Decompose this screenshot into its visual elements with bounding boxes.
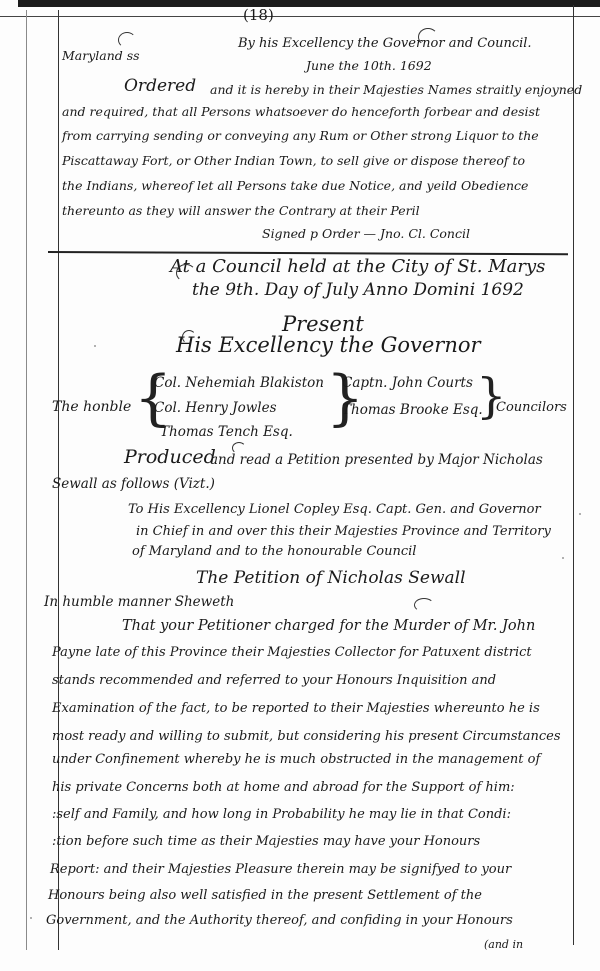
- section-divider: [48, 251, 568, 255]
- council-heading-line1: At a Council held at the City of St. Mar…: [170, 256, 545, 277]
- proclamation-line: Piscattaway Fort, or Other Indian Town, …: [62, 153, 525, 168]
- proclamation-date: June the 10th. 1692: [306, 58, 432, 73]
- council-member: Thomas Tench Esq.: [160, 424, 293, 440]
- top-ruled-line: [0, 16, 600, 17]
- ordered-word: Ordered: [124, 76, 196, 96]
- signature-line: Signed p Order — Jno. Cl. Concil: [262, 226, 470, 241]
- catchword: (and in: [484, 938, 523, 951]
- petition-body-line: That your Petitioner charged for the Mur…: [122, 618, 535, 634]
- manuscript-page: (18) Maryland ss By his Excellency the G…: [0, 0, 600, 971]
- produced-word: Produced: [124, 446, 216, 468]
- proclamation-line: the Indians, whereof let all Persons tak…: [62, 178, 528, 193]
- outer-margin-line: [26, 10, 27, 950]
- petition-title: The Petition of Nicholas Sewall: [196, 568, 466, 588]
- scan-speck: [30, 917, 32, 919]
- proclamation-heading: By his Excellency the Governor and Counc…: [238, 36, 532, 51]
- petition-body-line: Government, and the Authority thereof, a…: [46, 913, 513, 928]
- flourish-ornament: [232, 442, 246, 454]
- proclamation-line: and it is hereby in their Majesties Name…: [210, 82, 582, 97]
- petition-body-line: :self and Family, and how long in Probab…: [52, 807, 511, 822]
- petition-body-line: stands recommended and referred to your …: [52, 673, 496, 688]
- produced-line: and read a Petition presented by Major N…: [210, 452, 543, 468]
- petition-address-line: in Chief in and over this their Majestie…: [136, 524, 551, 539]
- flourish-ornament: [118, 32, 136, 48]
- petition-address-line: of Maryland and to the honourable Counci…: [132, 544, 416, 559]
- honble-label: The honble: [52, 399, 131, 415]
- right-margin-rule: [573, 5, 574, 945]
- governor-label: His Excellency the Governor: [176, 333, 481, 357]
- proclamation-line: thereunto as they will answer the Contra…: [62, 203, 420, 218]
- proclamation-line: from carrying sending or conveying any R…: [62, 128, 539, 143]
- petition-body-line: :tion before such time as their Majestie…: [52, 834, 480, 849]
- council-member: Captn. John Courts: [342, 375, 473, 391]
- produced-line: Sewall as follows (Vizt.): [52, 476, 215, 492]
- scan-speck: [94, 345, 96, 347]
- scan-speck: [562, 557, 564, 559]
- scan-speck: [579, 513, 581, 515]
- council-member: Thomas Brooke Esq.: [342, 402, 483, 418]
- flourish-ornament: [176, 264, 196, 282]
- council-member: Col. Henry Jowles: [154, 400, 277, 416]
- page-top-edge: [18, 0, 600, 7]
- petition-body-line: under Confinement whereby he is much obs…: [52, 752, 540, 767]
- petition-body-line: his private Concerns both at home and ab…: [52, 780, 515, 795]
- petition-body-line: Examination of the fact, to be reported …: [52, 701, 540, 716]
- petition-body-line: most ready and willing to submit, but co…: [52, 729, 561, 744]
- jurisdiction-label: Maryland ss: [62, 48, 140, 63]
- council-member: Col. Nehemiah Blakiston: [154, 375, 324, 391]
- petition-body-line: Payne late of this Province their Majest…: [52, 645, 532, 660]
- petition-body-line: Report: and their Majesties Pleasure the…: [50, 862, 511, 877]
- flourish-ornament: [418, 28, 438, 46]
- petition-salutation: In humble manner Sheweth: [44, 594, 234, 610]
- page-number: (18): [243, 6, 274, 24]
- petition-address-line: To His Excellency Lionel Copley Esq. Cap…: [128, 502, 541, 517]
- council-heading-line2: the 9th. Day of July Anno Domini 1692: [192, 280, 524, 300]
- proclamation-line: and required, that all Persons whatsoeve…: [62, 104, 540, 119]
- councilors-label: Councilors: [496, 400, 567, 415]
- flourish-ornament: [414, 598, 434, 612]
- flourish-ornament: [182, 330, 196, 344]
- petition-body-line: Honours being also well satisfied in the…: [48, 888, 482, 903]
